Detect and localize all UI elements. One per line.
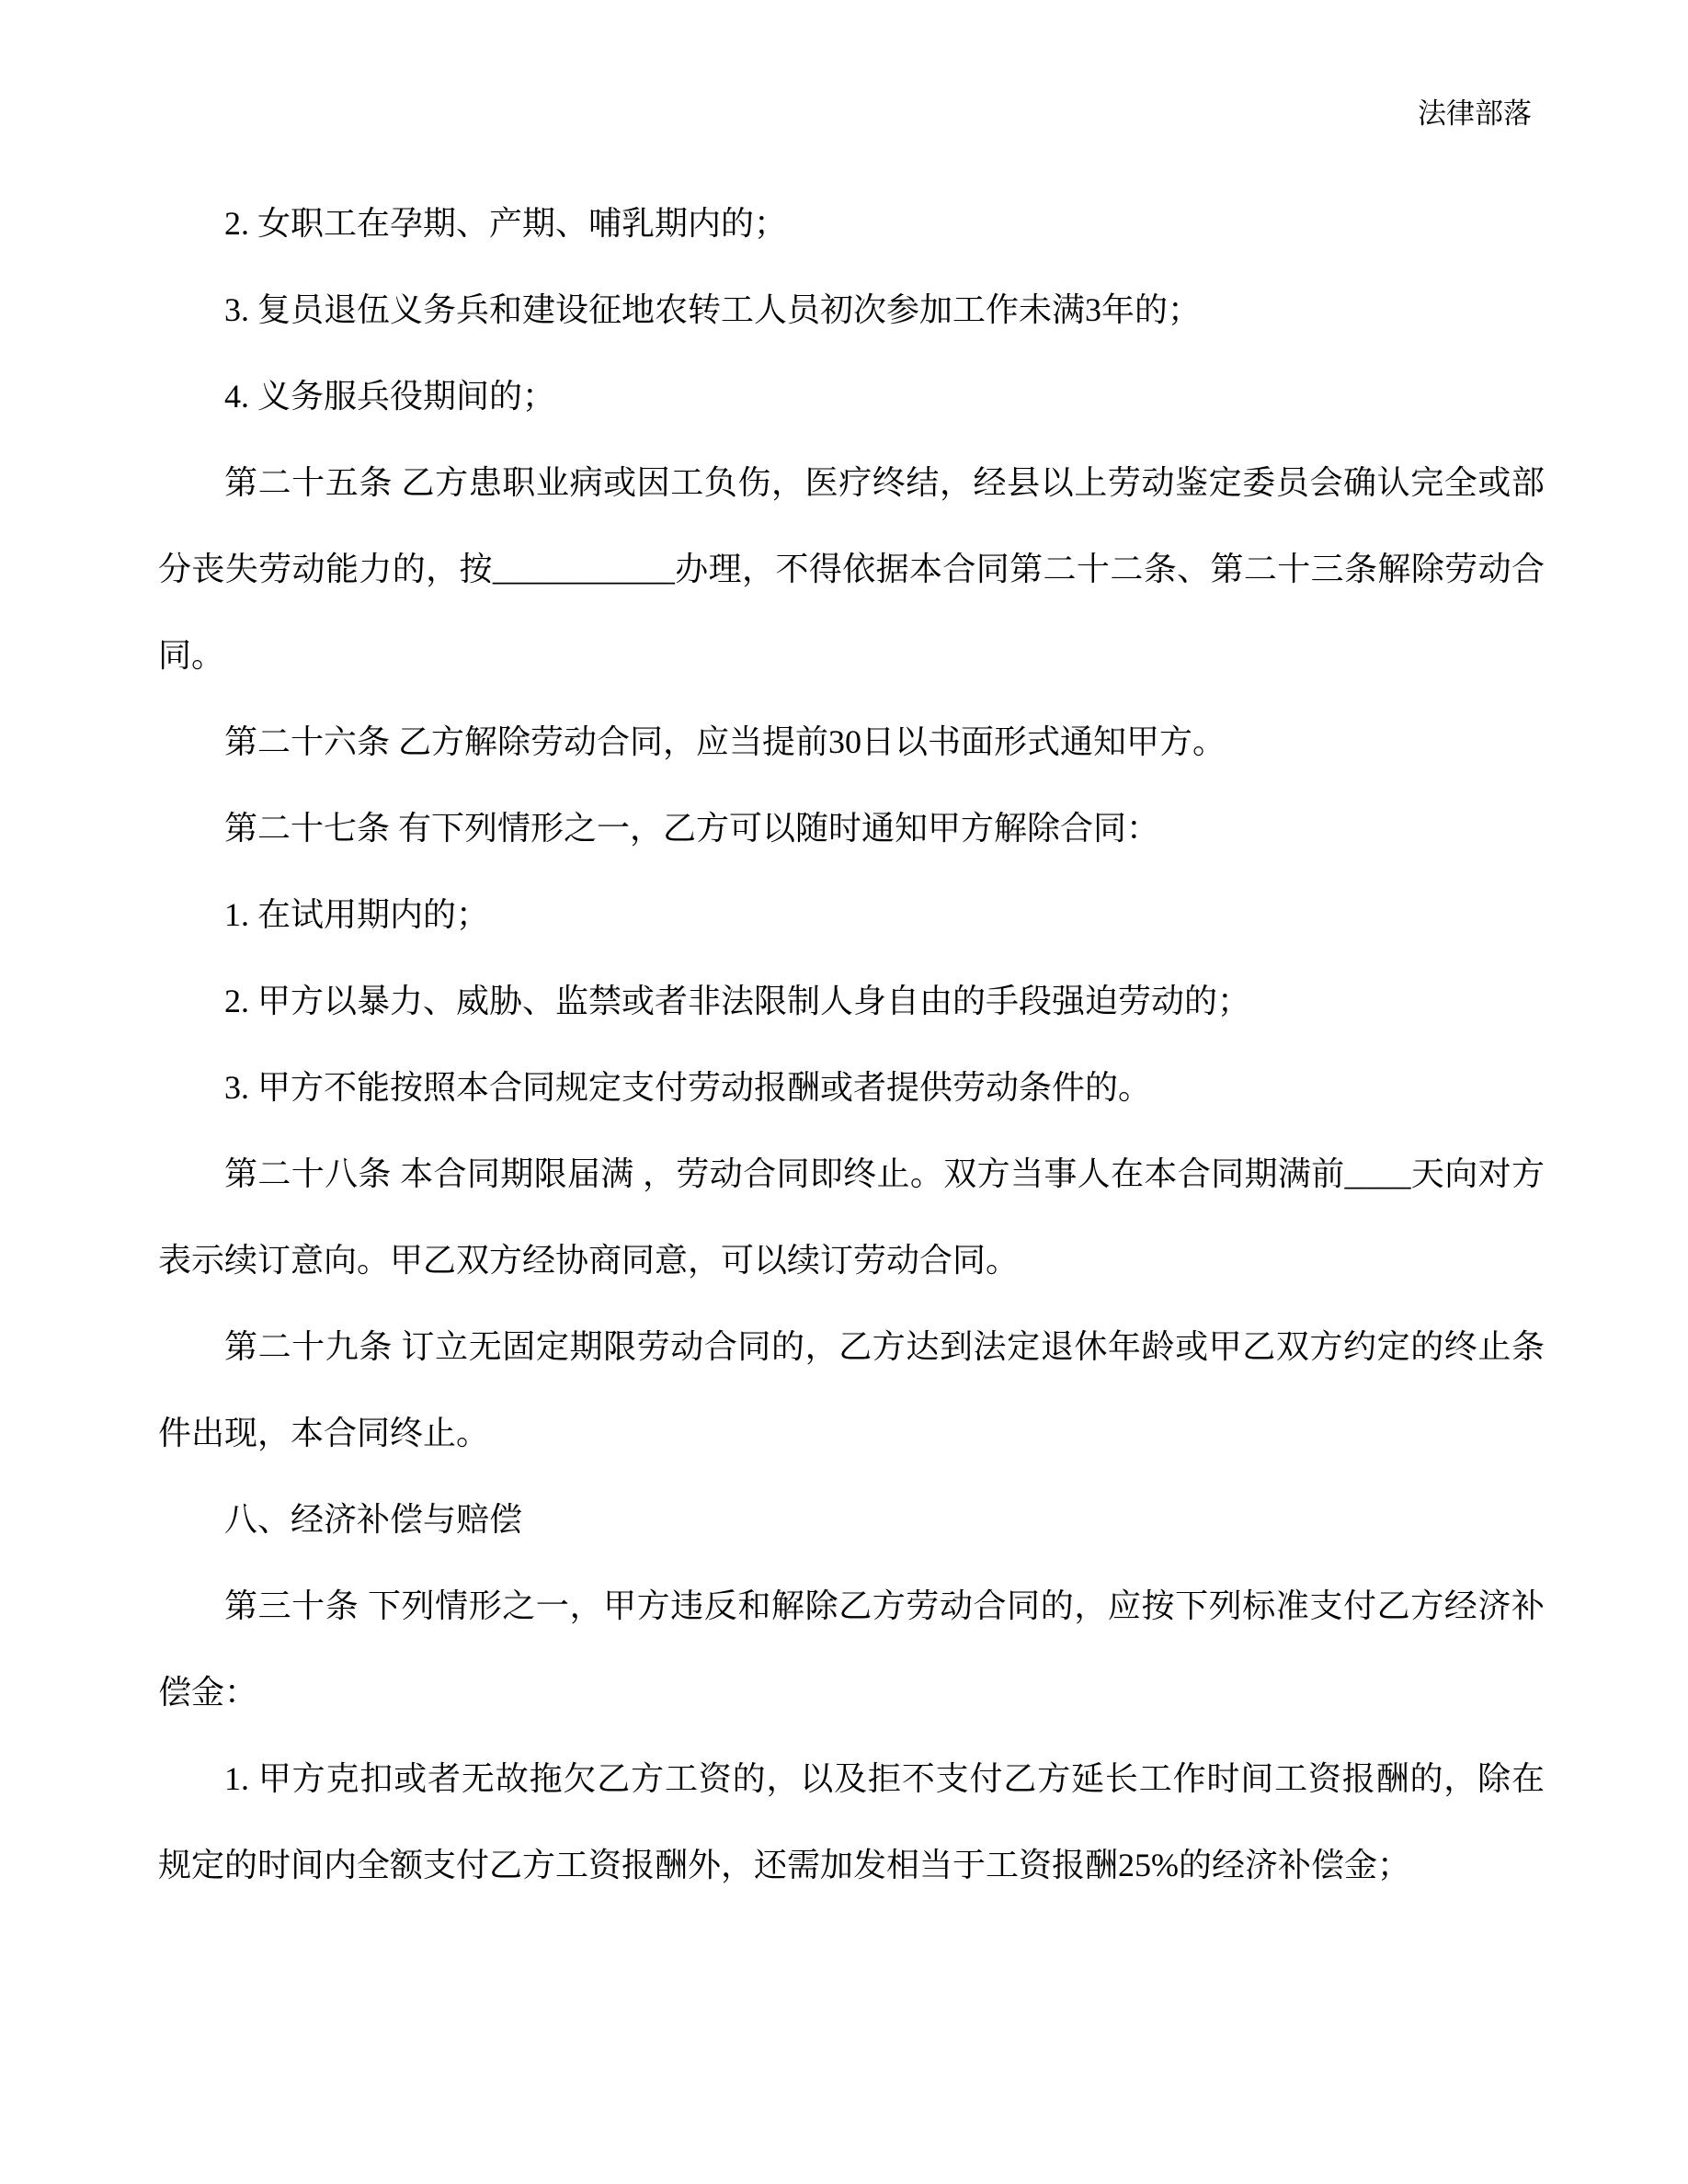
article-30-paragraph: 第三十条 下列情形之一，甲方违反和解除乙方劳动合同的，应按下列标准支付乙方经济补… xyxy=(158,1563,1545,1735)
clause-item-2-female-staff: 2. 女职工在孕期、产期、哺乳期内的； xyxy=(158,180,1545,267)
brand-watermark-text: 法律部落 xyxy=(1418,97,1532,130)
article-30-item-1: 1. 甲方克扣或者无故拖欠乙方工资的，以及拒不支付乙方延长工作时间工资报酬的，除… xyxy=(158,1735,1545,1908)
article-27-item-3: 3. 甲方不能按照本合同规定支付劳动报酬或者提供劳动条件的。 xyxy=(158,1044,1545,1131)
section-8-heading: 八、经济补偿与赔偿 xyxy=(158,1476,1545,1563)
article-27-item-2: 2. 甲方以暴力、威胁、监禁或者非法限制人身自由的手段强迫劳动的； xyxy=(158,958,1545,1044)
clause-item-4-military-service: 4. 义务服兵役期间的； xyxy=(158,353,1545,439)
document-body: 2. 女职工在孕期、产期、哺乳期内的； 3. 复员退伍义务兵和建设征地农转工人员… xyxy=(158,180,1545,1908)
article-25-paragraph: 第二十五条 乙方患职业病或因工负伤，医疗终结，经县以上劳动鉴定委员会确认完全或部… xyxy=(158,439,1545,699)
clause-item-3-veterans: 3. 复员退伍义务兵和建设征地农转工人员初次参加工作未满3年的； xyxy=(158,267,1545,353)
article-29-paragraph: 第二十九条 订立无固定期限劳动合同的，乙方达到法定退休年龄或甲乙双方约定的终止条… xyxy=(158,1303,1545,1476)
article-28-paragraph: 第二十八条 本合同期限届满 ，劳动合同即终止。双方当事人在本合同期满前____天… xyxy=(158,1131,1545,1303)
document-page: 法律部落 2. 女职工在孕期、产期、哺乳期内的； 3. 复员退伍义务兵和建设征地… xyxy=(0,0,1688,2184)
article-26-paragraph: 第二十六条 乙方解除劳动合同，应当提前30日以书面形式通知甲方。 xyxy=(158,699,1545,785)
article-27-item-1: 1. 在试用期内的； xyxy=(158,871,1545,958)
page-header: 法律部落 xyxy=(1418,96,1532,132)
document-screenshot: { "header": { "brand": "法律部落" }, "docume… xyxy=(0,0,1688,2184)
article-27-paragraph: 第二十七条 有下列情形之一，乙方可以随时通知甲方解除合同： xyxy=(158,785,1545,871)
